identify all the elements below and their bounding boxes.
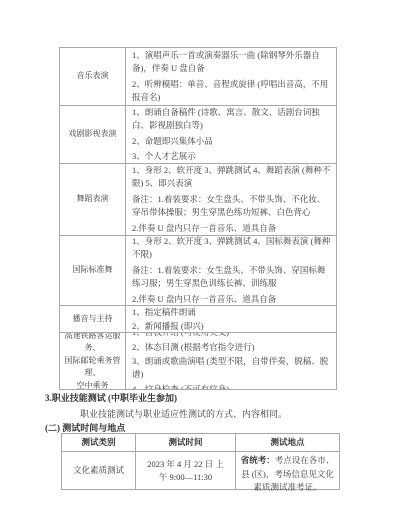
test-item: 3、个人才艺展示 [132, 150, 333, 163]
table-data-row: 文化素质测试 2023 年 4 月 22 日 上 午 9:00—11:30 省统… [62, 451, 339, 489]
test-items-cell: 1、指定稿件朗诵 2、新闻播报 (即兴) [126, 306, 336, 332]
test-items-cell: 1、自我介绍 (可使用英文) 2、体态目测 (根据考官指令进行) 3、朗诵或歌曲… [126, 333, 336, 389]
skill-test-heading: 3.职业技能测试 (中职毕业生参加) [45, 391, 177, 404]
test-item: 1、指定稿件朗诵 [132, 306, 333, 319]
time-cell: 2023 年 4 月 22 日 上 午 9:00—11:30 [136, 452, 236, 489]
test-item: 1、演唱声乐一首或演奏器乐一曲 (除钢琴外乐器自备)，伴奏 U 盘自备 [132, 49, 333, 75]
category-text: 戏剧影视表演 [69, 128, 117, 141]
test-item: 1、身形 2、软开度 3、弹跳测试 4、舞蹈表演 (舞种不限) 5、即兴表演 [132, 164, 333, 190]
category-text-line: 空中乘务 [77, 380, 109, 389]
category-label: 播音与主持 [60, 306, 126, 332]
time-place-table: 测试类别 测试时间 测试地点 文化素质测试 2023 年 4 月 22 日 上 … [61, 433, 340, 490]
category-label: 戏剧影视表演 [60, 106, 126, 163]
time-line: 2023 年 4 月 22 日 上 [147, 458, 224, 471]
test-content-table: 音乐表演 1、演唱声乐一首或演奏器乐一曲 (除钢琴外乐器自备)，伴奏 U 盘自备… [59, 47, 337, 390]
location-label: 省统考： [241, 455, 275, 465]
category-text-line: 国际邮轮乘务管理、 [60, 355, 125, 380]
test-item: 1、朗诵自备稿件 (诗歌、寓言、散文、话剧台词独白、影视剧独白等) [132, 106, 333, 132]
category-label: 国际标准舞 [60, 236, 126, 305]
table-row-ballroom: 国际标准舞 1、身形 2、软开度 3、弹跳测试 4、国标舞表演 (舞种不限) 备… [60, 235, 336, 305]
test-item: 2、听辨模唱：单音、音程或旋律 (哼唱出音高，不用报音名) [132, 78, 333, 104]
category-text: 播音与主持 [73, 313, 113, 326]
category-label: 音乐表演 [60, 48, 126, 105]
location-cell: 省统考：考点设在各市、县 (区)，考场信息见文化素质测试准考证。 [236, 452, 339, 489]
test-item: 备注：1.着装要求：女生盘头、不带头饰、不化妆、穿吊带体操服；男生穿黑色练功短裤… [132, 193, 333, 219]
test-items-cell: 1、演唱声乐一首或演奏器乐一曲 (除钢琴外乐器自备)，伴奏 U 盘自备 2、听辨… [126, 48, 336, 105]
category-cell: 文化素质测试 [62, 452, 136, 489]
time-line: 午 9:00—11:30 [159, 471, 212, 484]
test-item: 备注：1.着装要求：女生盘头、不带头饰、穿国标舞练习服；男生穿黑色训练长裤、训练… [132, 264, 333, 290]
test-item: 2、命题即兴集体小品 [132, 135, 333, 148]
category-label: 舞蹈表演 [60, 164, 126, 235]
header-category: 测试类别 [62, 434, 136, 451]
test-items-cell: 1、身形 2、软开度 3、弹跳测试 4、舞蹈表演 (舞种不限) 5、即兴表演 备… [126, 164, 336, 235]
test-item: 2、新闻播报 (即兴) [132, 320, 333, 333]
table-row-drama: 戏剧影视表演 1、朗诵自备稿件 (诗歌、寓言、散文、话剧台词独白、影视剧独白等)… [60, 105, 336, 163]
category-label: 高速铁路客运服务、 国际邮轮乘务管理、 空中乘务 [60, 333, 126, 389]
test-item: 1、身形 2、软开度 3、弹跳测试 4、国标舞表演 (舞种不限) [132, 236, 333, 261]
test-item: 1、自我介绍 (可使用英文) [132, 333, 333, 339]
category-text-line: 高速铁路客运服务、 [60, 332, 125, 355]
test-items-cell: 1、朗诵自备稿件 (诗歌、寓言、散文、话剧台词独白、影视剧独白等) 2、命题即兴… [126, 106, 336, 163]
test-item: 3、朗诵或歌曲演唱 (类型不限，自带伴奏，脱稿、脱谱) [132, 355, 333, 381]
test-item: 2.伴奏 U 盘内只存一首音乐、道具自备 [132, 293, 333, 305]
table-row-dance: 舞蹈表演 1、身形 2、软开度 3、弹跳测试 4、舞蹈表演 (舞种不限) 5、即… [60, 163, 336, 235]
table-row-broadcast: 播音与主持 1、指定稿件朗诵 2、新闻播报 (即兴) [60, 305, 336, 332]
table-header-row: 测试类别 测试时间 测试地点 [62, 434, 339, 451]
table-row-rail-cruise-air: 高速铁路客运服务、 国际邮轮乘务管理、 空中乘务 1、自我介绍 (可使用英文) … [60, 332, 336, 389]
category-text: 音乐表演 [77, 70, 109, 83]
test-item: 2、体态目测 (根据考官指令进行) [132, 341, 333, 354]
test-items-cell: 1、身形 2、软开度 3、弹跳测试 4、国标舞表演 (舞种不限) 备注：1.着装… [126, 236, 336, 305]
test-item: 2.伴奏 U 盘内只存一首音乐、道具自备 [132, 222, 333, 235]
header-location: 测试地点 [236, 434, 339, 451]
category-text: 舞蹈表演 [77, 193, 109, 206]
document-page: 音乐表演 1、演唱声乐一首或演奏器乐一曲 (除钢琴外乐器自备)，伴奏 U 盘自备… [0, 0, 400, 508]
skill-test-body: 职业技能测试与职业适应性测试的方式、内容相同。 [80, 407, 287, 420]
test-item: 4、纹身检查 (不可有纹身) [132, 383, 333, 389]
category-text: 国际标准舞 [73, 264, 113, 277]
header-time: 测试时间 [136, 434, 236, 451]
table-row-music: 音乐表演 1、演唱声乐一首或演奏器乐一曲 (除钢琴外乐器自备)，伴奏 U 盘自备… [60, 48, 336, 105]
